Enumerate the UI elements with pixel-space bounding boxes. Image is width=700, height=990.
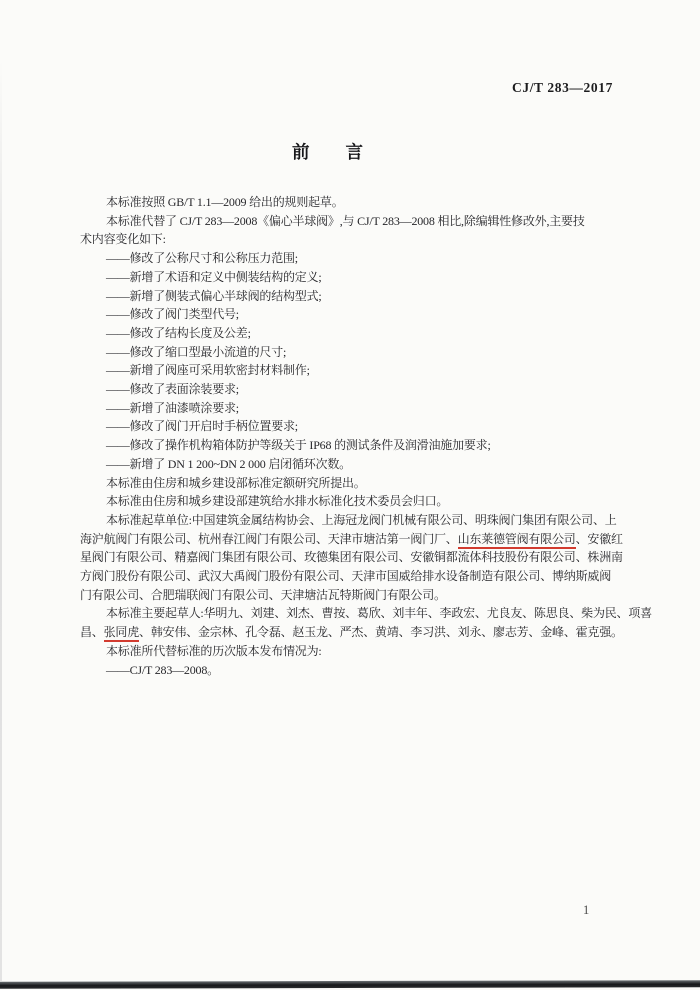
foreword-line: 本标准所代替标准的历次版本发布情况为: (80, 642, 625, 661)
foreword-line: 星阀门有限公司、精嘉阀门集团有限公司、玫德集团有限公司、安徽铜都流体科技股份有限… (80, 548, 625, 567)
foreword-line: ——新增了油漆喷涂要求; (80, 399, 625, 418)
scan-edge-left-shadow (0, 60, 2, 981)
foreword-line: ——新增了侧装式偏心半球阀的结构型式; (80, 287, 625, 306)
foreword-line: ——修改了结构长度及公差; (80, 324, 625, 343)
line-text: 、韩安伟、金宗林、孔令磊、赵玉龙、严杰、黄靖、李习洪、刘永、廖志芳、金峰、霍克强… (139, 625, 623, 639)
doc-number: CJ/T 283—2017 (512, 80, 613, 96)
underlined-company-name: 山东莱德管阀有限公司 (458, 532, 576, 549)
underlined-drafter-name: 张同虎 (104, 625, 139, 642)
foreword-line: 本标准由住房和城乡建设部标准定额研究所提出。 (80, 474, 625, 493)
foreword-line: 本标准主要起草人:华明九、刘建、刘杰、曹按、葛欣、刘丰年、李政宏、尤良友、陈思良… (80, 604, 625, 623)
foreword-line: ——新增了 DN 1 200~DN 2 000 启闭循环次数。 (80, 455, 625, 474)
foreword-line: 昌、张同虎、韩安伟、金宗林、孔令磊、赵玉龙、严杰、黄靖、李习洪、刘永、廖志芳、金… (80, 623, 625, 642)
foreword-line: ——修改了阀门开启时手柄位置要求; (80, 417, 625, 436)
line-text: 、安徽红 (576, 532, 623, 546)
foreword-line: 本标准起草单位:中国建筑金属结构协会、上海冠龙阀门机械有限公司、明珠阀门集团有限… (80, 511, 625, 530)
page-title: 前言 (292, 139, 399, 164)
foreword-line: 门有限公司、合肥瑞联阀门有限公司、天津塘沽瓦特斯阀门有限公司。 (80, 586, 625, 605)
foreword-line: ——修改了公称尺寸和公称压力范围; (80, 249, 625, 268)
foreword-line: ——修改了阀门类型代号; (80, 305, 625, 324)
foreword-line: 海沪航阀门有限公司、杭州春江阀门有限公司、天津市塘沽第一阀门厂、山东莱德管阀有限… (80, 530, 625, 549)
foreword-line: 本标准按照 GB/T 1.1—2009 给出的规则起草。 (80, 193, 625, 212)
foreword-body: 本标准按照 GB/T 1.1—2009 给出的规则起草。 本标准代替了 CJ/T… (80, 193, 625, 679)
foreword-line: 本标准代替了 CJ/T 283—2008《偏心半球阀》,与 CJ/T 283—2… (80, 212, 625, 231)
line-text: 昌、 (80, 625, 104, 639)
document-page: CJ/T 283—2017 前言 本标准按照 GB/T 1.1—2009 给出的… (0, 0, 700, 990)
page-number: 1 (583, 903, 589, 918)
foreword-line: ——新增了术语和定义中侧装结构的定义; (80, 268, 625, 287)
foreword-line: ——修改了表面涂装要求; (80, 380, 625, 399)
foreword-line: ——修改了缩口型最小流道的尺寸; (80, 343, 625, 362)
foreword-line: 本标准由住房和城乡建设部建筑给水排水标准化技术委员会归口。 (80, 492, 625, 511)
line-text: 海沪航阀门有限公司、杭州春江阀门有限公司、天津市塘沽第一阀门厂、 (80, 532, 458, 546)
foreword-line: ——新增了阀座可采用软密封材料制作; (80, 361, 625, 380)
foreword-line: ——修改了操作机构箱体防护等级关于 IP68 的测试条件及润滑油施加要求; (80, 436, 625, 455)
foreword-line: 术内容变化如下: (80, 230, 625, 249)
foreword-line: ——CJ/T 283—2008。 (80, 661, 625, 680)
foreword-line: 方阀门股份有限公司、武汉大禹阀门股份有限公司、天津市国威给排水设备制造有限公司、… (80, 567, 625, 586)
scan-edge-bottom-shadow (0, 980, 700, 988)
